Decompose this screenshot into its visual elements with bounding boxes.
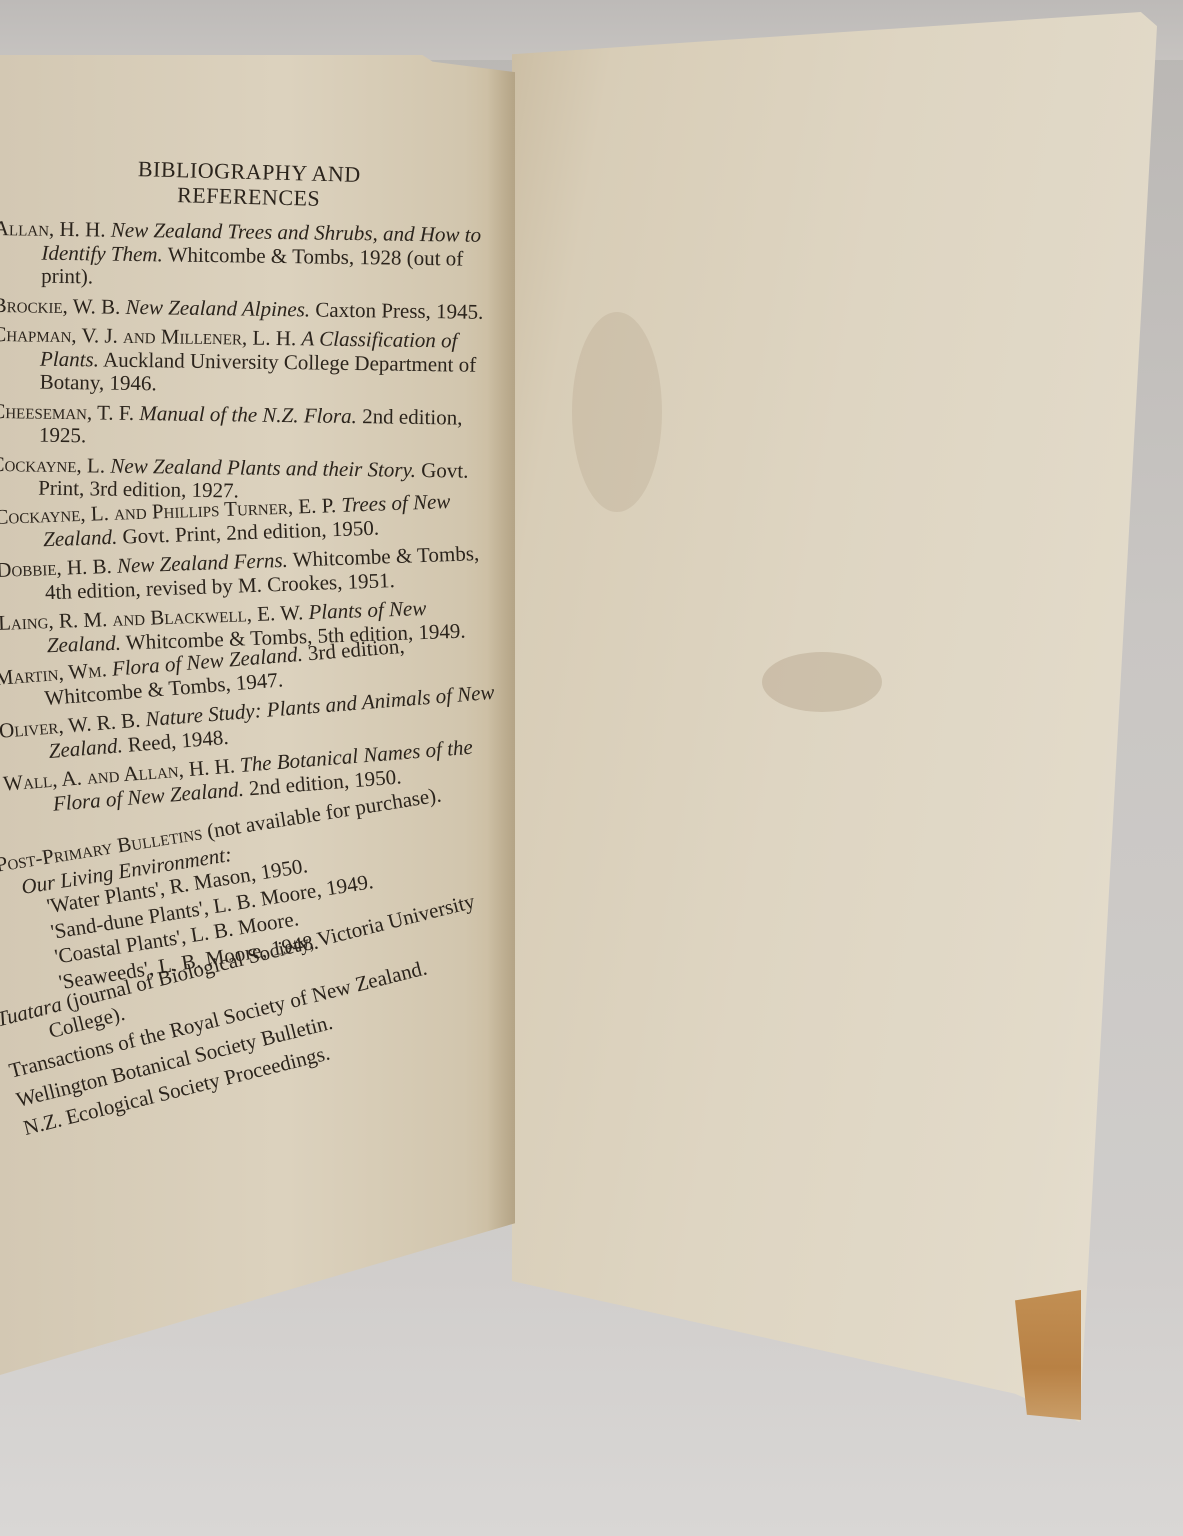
- bib-entry: Chapman, V. J. and Millener, L. H. A Cla…: [0, 323, 492, 401]
- entry-author: Cockayne, L.: [0, 452, 105, 478]
- right-page-blank-cover: [512, 12, 1157, 1422]
- entry-title: Manual of the N.Z. Flora.: [139, 401, 357, 428]
- entry-details: Auckland University College Department o…: [40, 347, 477, 395]
- bib-entry: Brockie, W. B. New Zealand Alpines. Caxt…: [0, 294, 493, 324]
- entry-details: Caxton Press, 1945.: [315, 297, 483, 323]
- entry-title: New Zealand Alpines.: [125, 295, 310, 322]
- page-title: BIBLIOGRAPHY AND REFERENCES: [83, 156, 414, 214]
- bib-entry: Allan, H. H. New Zealand Trees and Shrub…: [0, 217, 494, 295]
- stain: [762, 652, 882, 712]
- bib-entry: Cheeseman, T. F. Manual of the N.Z. Flor…: [0, 400, 491, 454]
- stain: [572, 312, 662, 512]
- entry-details: Reed, 1948.: [127, 724, 229, 756]
- entry-author: Brockie, W. B.: [0, 293, 121, 319]
- bibliography: BIBLIOGRAPHY AND REFERENCES Allan, H. H.…: [0, 160, 494, 1151]
- entry-author: Cheeseman, T. F.: [0, 399, 134, 425]
- entry-author: Allan, H. H.: [0, 216, 106, 242]
